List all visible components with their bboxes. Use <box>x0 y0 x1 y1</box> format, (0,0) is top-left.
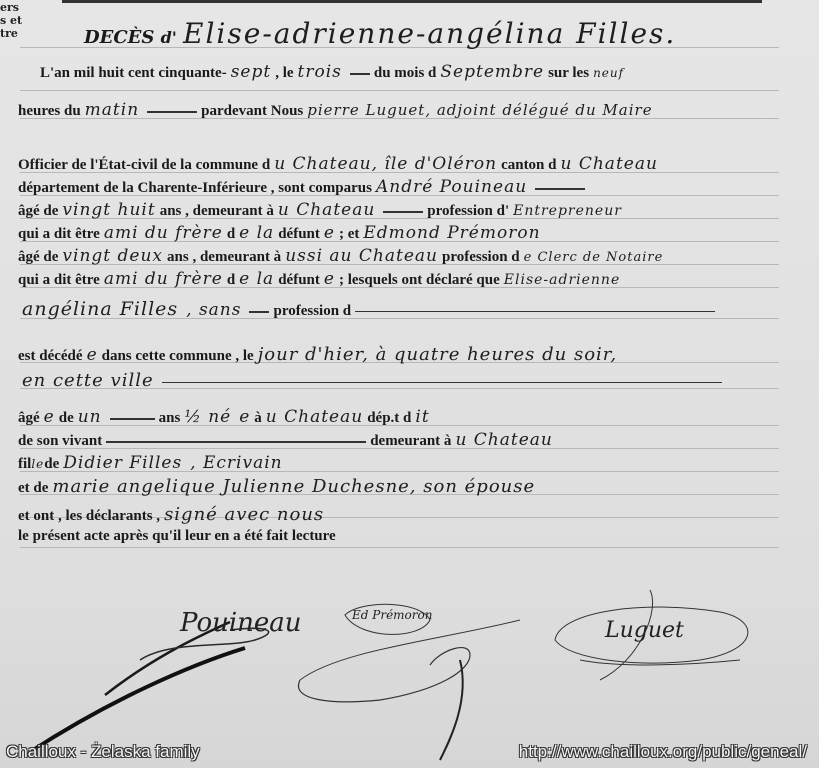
watermark-url: http://www.chailloux.org/public/geneal/ <box>519 742 807 762</box>
signature-flourishes <box>0 0 819 768</box>
watermark-family: Chailloux - Żelaska family <box>6 742 200 762</box>
civil-record-page: ers s et tre DECÈS d' Elise-adrienne-ang… <box>0 0 819 768</box>
signature-premoron: Ed Prémoron <box>352 608 432 622</box>
signature-luguet: Luguet <box>605 618 684 643</box>
signature-pouineau: Pouineau <box>180 608 302 638</box>
